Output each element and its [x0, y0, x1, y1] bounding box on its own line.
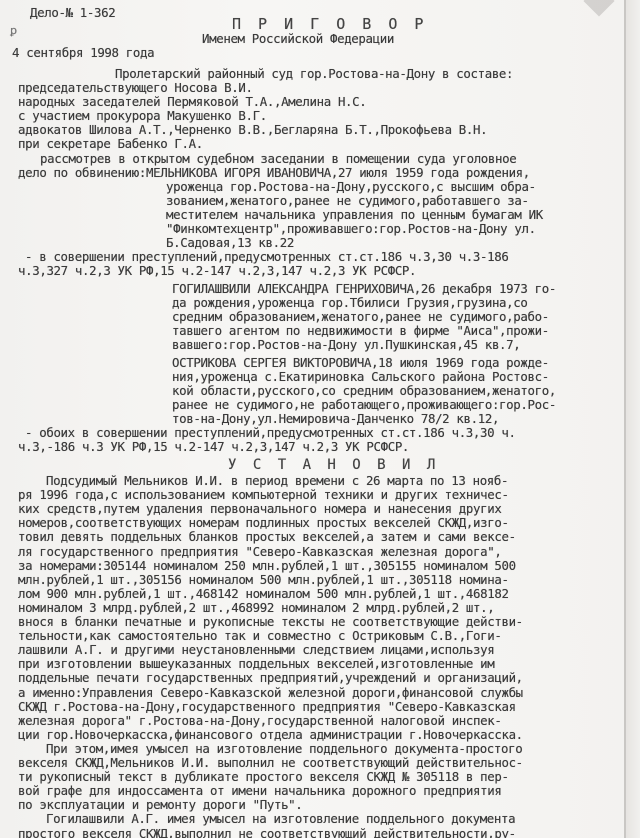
text-line: да рождения,уроженца гор.Тбилиси Грузия,…	[172, 296, 528, 310]
text-line: рассмотрев в открытом судебном заседании…	[40, 152, 516, 166]
document-title: П Р И Г О В О Р	[232, 17, 427, 31]
body-line: СКЖД г.Ростова-на-Дону,государственного …	[18, 700, 516, 714]
court-line: Пролетарский районный суд гор.Ростова-на…	[115, 67, 513, 81]
court-line: адвокатов Шилова А.Т.,Черненко В.В.,Бегл…	[18, 123, 487, 137]
body-line: вой графе для индоссамента от имени нача…	[18, 784, 501, 798]
court-line: народных заседателей Пермяковой Т.А.,Аме…	[18, 95, 366, 109]
court-line: с участием прокурора Макушенко В.Г.	[18, 109, 267, 123]
text-line: кой области,русского,со средним образова…	[172, 384, 556, 398]
body-line: при изготовлении вышеуказанных поддельны…	[18, 657, 494, 671]
text-line: - обоих в совершении преступлений,предус…	[25, 426, 516, 440]
body-line: лашвили А.Г. и другими неустановленными …	[18, 643, 494, 657]
text-line: ОСТРИКОВА СЕРГЕЯ ВИКТОРОВИЧА,18 июля 196…	[172, 356, 549, 370]
body-line: простого векселя СКЖД,выполнил не соотве…	[18, 827, 516, 838]
body-line: При этом,имея умысел на изготовление под…	[46, 742, 522, 756]
body-line: железная дорога" г.Ростова-на-Дону,госуд…	[18, 714, 501, 728]
document-date: 4 сентября 1998 года	[12, 46, 154, 60]
body-line: ких средств,путем удаления первоначально…	[18, 502, 501, 516]
court-line: председательствующего Носова В.И.	[18, 81, 253, 95]
text-line: местителем начальника управления по ценн…	[166, 208, 543, 222]
body-line: лом 900 млн.рублей,1 шт.,468142 номинало…	[18, 587, 509, 601]
text-line: "Финкомтехцентр",проживавшего:гор.Ростов…	[166, 222, 536, 236]
body-line: ря 1996 года,с использованием компьютерн…	[18, 488, 509, 502]
text-line: тавшего агентом по недвижимости в фирме …	[172, 324, 549, 338]
text-line: вавшего:гор.Ростов-на-Дону ул.Пушкинская…	[172, 338, 520, 352]
body-line: тельности,как самостоятельно так и совме…	[18, 629, 501, 643]
body-line: по эксплуатации и ремонту дороги "Путь".	[18, 798, 302, 812]
text-line: ранее не судимого,не работающего,прожива…	[172, 398, 556, 412]
text-line: зованием,женатого,ранее не судимого,рабо…	[166, 194, 529, 208]
section-heading: У С Т А Н О В И Л	[228, 458, 439, 472]
text-line: ГОГИЛАШВИЛИ АЛЕКСАНДРА ГЕНРИХОВИЧА,26 де…	[172, 282, 556, 296]
body-line: векселя СКЖД,Мельников И.И. выполнил не …	[18, 756, 523, 770]
body-line: номиналом 3 млрд.рублей,2 шт.,468992 ном…	[18, 601, 494, 615]
text-line: дело по обвинению:МЕЛЬНИКОВА ИГОРЯ ИВАНО…	[18, 166, 530, 180]
text-line: ч.3,327 ч.2,3 УК РФ,15 ч.2-147 ч.2,3,147…	[18, 264, 416, 278]
body-line: за номерами:305144 номиналом 250 млн.руб…	[18, 559, 516, 573]
text-line: средним образованием,женатого,ранее не с…	[172, 310, 549, 324]
body-line: номеров,соответствующих номерам подлинны…	[18, 516, 509, 530]
text-line: - в совершении преступлений,предусмотрен…	[25, 250, 508, 264]
body-line: Подсудимый Мельников И.И. в период време…	[46, 474, 508, 488]
page-binding-shadow	[626, 0, 640, 838]
document-subtitle: Именем Российской Федерации	[202, 32, 394, 46]
watermark-diamond-icon	[583, 0, 614, 17]
body-line: ля государственного предприятия "Северо-…	[18, 545, 501, 559]
text-line: ч.3,-186 ч.3 УК РФ,15 ч.2-147 ч.2,3,147 …	[18, 440, 409, 454]
body-line: товил девять поддельных бланков простых …	[18, 530, 516, 544]
body-line: ции гор.Новочеркасска,финансового отдела…	[18, 728, 523, 742]
body-line: Гогилашвили А.Г. имея умысел на изготовл…	[46, 812, 515, 826]
court-line: при секретаре Бабенко Г.А.	[18, 137, 203, 151]
body-line: внося в бланки печатные и рукописные тек…	[18, 615, 523, 629]
text-line: тов-на-Дону,ул.Немировича-Данченко 78/2 …	[172, 412, 499, 426]
text-line: Б.Садовая,13 кв.22	[166, 236, 294, 250]
case-number: Дело-№ 1-362	[30, 6, 115, 20]
document-page: Дело-№ 1-362 ꝑ П Р И Г О В О Р Именем Ро…	[0, 0, 640, 838]
body-line: млн.рублей,1 шт.,305156 номиналом 500 мл…	[18, 573, 509, 587]
body-line: поддельные печати государственных предпр…	[18, 671, 523, 685]
margin-mark: ꝑ	[10, 24, 17, 38]
text-line: ния,уроженца с.Екатириновка Сальского ра…	[172, 370, 549, 384]
body-line: а именно:Управления Северо-Кавказской же…	[18, 686, 523, 700]
body-line: ти рукописный текст в дубликате простого…	[18, 770, 509, 784]
text-line: уроженца гор.Ростова-на-Дону,русского,с …	[166, 180, 536, 194]
